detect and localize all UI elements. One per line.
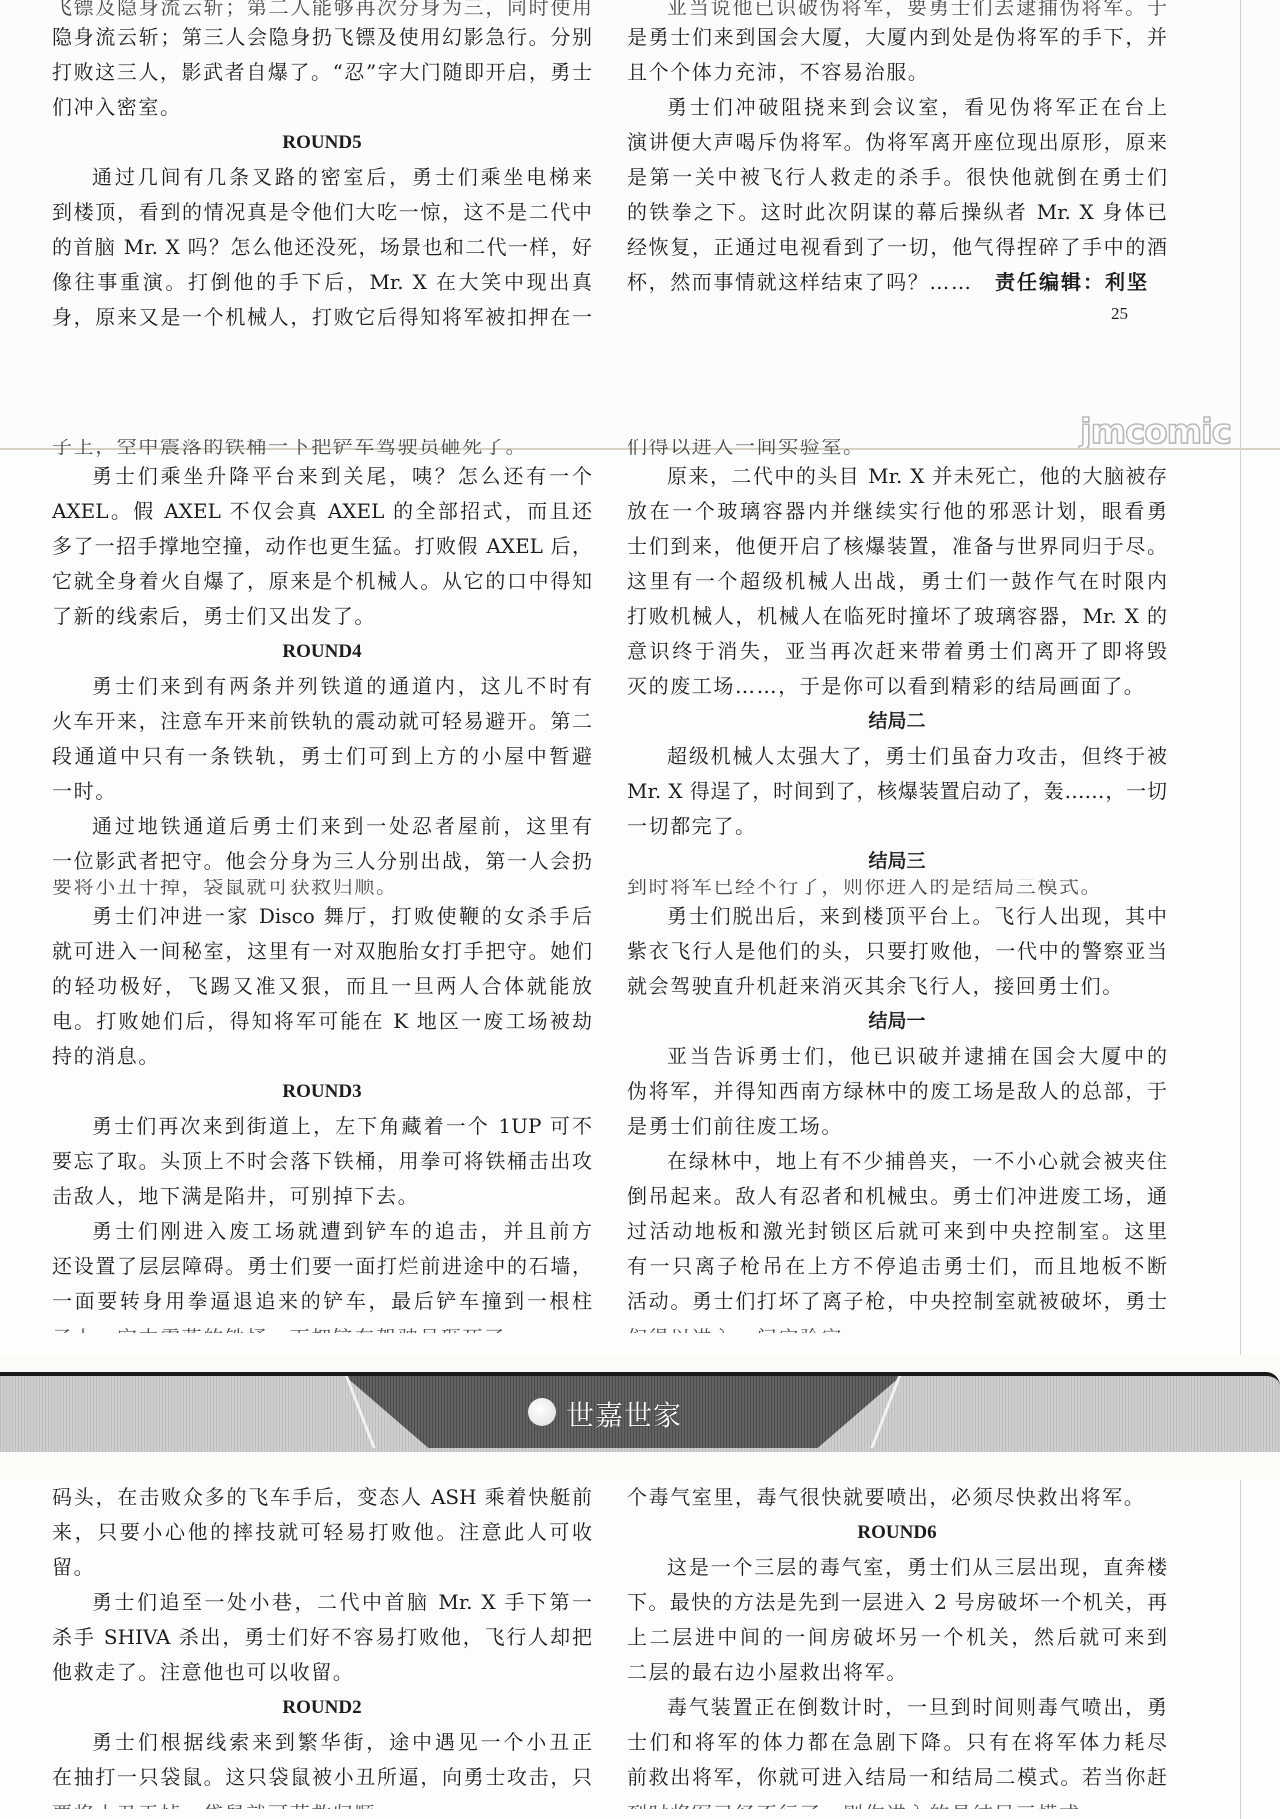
text-line: 一面要转身用拳逼退追来的铲车，最后铲车撞到一根柱 [52,1284,592,1319]
paragraph-last-line: 二层的最右边小屋救出将军。 [627,1655,1167,1690]
text-line: 是勇士们来到国会大厦，大厦内到处是伪将军的手下，并 [627,20,1167,55]
paragraph-last-line: 们得以进入一间实验室。 [627,439,1167,459]
paragraph-last-line: 要将小丑干掉，袋鼠就可获救归顺。 [52,1795,592,1809]
paragraph-last-line: 们冲入密室。 [52,90,592,125]
page-edge-line [1240,450,1241,1355]
paragraph-last-line: 到时将军已经不行了，则你进入的是结局三模式。 [627,1795,1167,1809]
page-number: 25 [1111,304,1128,324]
text-line: 飞镖及隐身流云斩；第二人能够再次分身为三，同时使用 [52,0,592,20]
text-line: 前救出将军，你就可进入结局一和结局二模式。若当你赶 [627,1760,1167,1795]
paragraph-first-line: 这是一个三层的毒气室，勇士们从三层出现，直奔楼 [627,1550,1167,1585]
text-line: 打败这三人，影武者自爆了。“忍”字大门随即开启，勇士 [52,55,592,90]
text-line: 演讲便大声喝斥伪将军。伪将军离开座位现出原形，原来 [627,125,1167,160]
paragraph-first-line: 勇士们冲进一家 Disco 舞厅，打败使鞭的女杀手后 [52,899,592,934]
paragraph-first-line: 在绿林中，地上有不少捕兽夹，一不小心就会被夹住 [627,1144,1167,1179]
text-line: 倒吊起来。敌人有忍者和机械虫。勇士们冲进废工场，通 [627,1179,1167,1214]
circle-emblem-icon [528,1398,556,1426]
paragraph-last-line: 子上，空中震落的铁桶一下把铲车驾驶员砸死了。 [52,1319,592,1333]
text-line: 放在一个玻璃容器内并继续实行他的邪恶计划，眼看勇 [627,494,1167,529]
text-line: 火车开来，注意车开来前铁轨的震动就可轻易避开。第二 [52,704,592,739]
paragraph-first-line: 通过几间有几条叉路的密室后，勇士们乘坐电梯来 [52,160,592,195]
paragraph-first-line: 毒气装置正在倒数计时，一旦到时间则毒气喷出，勇 [627,1690,1167,1725]
text-line: 电。打败她们后，得知将军可能在 K 地区一废工场被劫 [52,1004,592,1039]
page-middle-left-column: 子上，空中震落的铁桶一下把铲车驾驶员砸死了。勇士们乘坐升降平台来到关尾，咦？怎么… [52,439,592,1333]
text-line: 上二层进中间的一间房破坏另一个机关，然后就可来到 [627,1620,1167,1655]
paragraph-last-line: 个毒气室里，毒气很快就要喷出，必须尽快救出将军。 [627,1480,1167,1515]
paragraph-last-line: 是勇士们前往废工场。 [627,1109,1167,1144]
page-middle-right-column: 们得以进入一间实验室。原来，二代中的头目 Mr. X 并未死亡，他的大脑被存放在… [627,439,1167,1333]
paragraph-last-line: 一切都完了。 [627,809,1167,844]
text-line: 多了一招手撑地空撞，动作也更生猛。打败假 AXEL 后， [52,529,592,564]
page-edge-line [1240,0,1241,450]
text-line: 来，只要小心他的摔技就可轻易打败他。注意此人可收 [52,1515,592,1550]
banner-title: 世嘉世家 [566,1394,682,1434]
paragraph-last-line: 且个个体力充沛，不容易治服。 [627,55,1167,90]
text-line: 要忘了取。头顶上不时会落下铁桶，用拳可将铁桶击出攻 [52,1144,592,1179]
text-line: 这里有一个超级机械人出战，勇士们一鼓作气在时限内 [627,564,1167,599]
text-line: 过活动地板和激光封锁区后就可来到中央控制室。这里 [627,1214,1167,1249]
paragraph-last-line: 击敌人，地下满是陷井，可别掉下去。 [52,1179,592,1214]
paragraph-first-line: 勇士们乘坐升降平台来到关尾，咦？怎么还有一个 [52,459,592,494]
page-top-left-column: 飞镖及隐身流云斩；第二人能够再次分身为三，同时使用隐身流云斩；第三人会隐身扔飞镖… [52,0,592,335]
paragraph-first-line: 超级机械人太强大了，勇士们虽奋力攻击，但终于被 [627,739,1167,774]
text-line: 段通道中只有一条铁轨，勇士们可到上方的小屋中暂避 [52,739,592,774]
text-line: 活动。勇士们打坏了离子枪，中央控制室就被破坏，勇士 [627,1284,1167,1319]
paragraph-last-line: 子上，空中震落的铁桶一下把铲车驾驶员砸死了。 [52,439,592,459]
section-heading: 结局一 [627,1004,1167,1039]
paragraph-first-line: 亚当告诉勇士们，他已识破并逮捕在国会大厦中的 [627,1039,1167,1074]
paragraph-last-line: 他救走了。注意他也可以收留。 [52,1655,592,1690]
paragraph-last-line: 持的消息。 [52,1039,592,1074]
text-line: 打败机械人，机械人在临死时撞坏了玻璃容器，Mr. X 的 [627,599,1167,634]
text-line: 就可进入一间秘室，这里有一对双胞胎女打手把守。她们 [52,934,592,969]
page-bottom-left-column: 码头，在击败众多的飞车手后，变态人 ASH 乘着快艇前来，只要小心他的摔技就可轻… [52,1480,592,1809]
paragraph-first-line: 勇士们刚进入废工场就遭到铲车的追击，并且前方 [52,1214,592,1249]
paragraph-first-line: 勇士们脱出后，来到楼顶平台上。飞行人出现，其中 [627,899,1167,934]
section-heading: ROUND2 [52,1690,592,1725]
section-heading: ROUND5 [52,125,592,160]
text-line: 紫衣飞行人是他们的头，只要打败他，一代中的警察亚当 [627,934,1167,969]
page-top-section: 飞镖及隐身流云斩；第二人能够再次分身为三，同时使用隐身流云斩；第三人会隐身扔飞镖… [0,0,1280,450]
text-line: 下。最快的方法是先到一层进入 2 号房破坏一个机关，再 [627,1585,1167,1620]
text-line: 身，原来又是一个机械人，打败它后得知将军被扣押在一 [52,300,592,335]
paragraph-first-line: 通过地铁通道后勇士们来到一处忍者屋前，这里有 [52,809,592,844]
section-heading: ROUND6 [627,1515,1167,1550]
text-line: 有一只离子枪吊在上方不停追击勇士们，而且地板不断 [627,1249,1167,1284]
paragraph-first-line: 亚当说他已识破伪将军，要勇士们去逮捕伪将军。于 [627,0,1167,20]
text-line: 伪将军，并得知西南方绿林中的废工场是敌人的总部，于 [627,1074,1167,1109]
section-heading: 结局三 [627,844,1167,879]
paragraph-last-line: 了新的线索后，勇士们又出发了。 [52,599,592,634]
paragraph-first-line: 勇士们再次来到街道上，左下角藏着一个 1UP 可不 [52,1109,592,1144]
text-line: 像往事重演。打倒他的手下后，Mr. X 在大笑中现出真 [52,265,592,300]
text-line: Mr. X 得逞了，时间到了，核爆装置启动了，轰……，一切 [627,774,1167,809]
text-line: 一位影武者把守。他会分身为三人分别出战，第一人会扔 [52,844,592,879]
paragraph-last-line: 就会驾驶直升机赶来消灭其余飞行人，接回勇士们。 [627,969,1167,1004]
text-line: 还设置了层层障碍。勇士们要一面打烂前进途中的石墙， [52,1249,592,1284]
text-line: 杀手 SHIVA 杀出，勇士们好不容易打败他，飞行人却把 [52,1620,592,1655]
text-line: 士们和将军的体力都在急剧下降。只有在将军体力耗尽 [627,1725,1167,1760]
text-line: 的首脑 Mr. X 吗？怎么他还没死，场景也和二代一样，好 [52,230,592,265]
paragraph-last-line: 灭的废工场……，于是你可以看到精彩的结局画面了。 [627,669,1167,704]
text-line: 在抽打一只袋鼠。这只袋鼠被小丑所逼，向勇士攻击，只 [52,1760,592,1795]
paragraph-first-line: 原来，二代中的头目 Mr. X 并未死亡，他的大脑被存 [627,459,1167,494]
text-line: AXEL。假 AXEL 不仅会真 AXEL 的全部招式，而且还 [52,494,592,529]
text-line: 是第一关中被飞行人救走的杀手。很快他就倒在勇士们 [627,160,1167,195]
text-line: 的铁拳之下。这时此次阴谋的幕后操纵者 Mr. X 身体已 [627,195,1167,230]
paragraph-last-line: 留。 [52,1550,592,1585]
page-edge-line [1240,1480,1241,1819]
paragraph-last-line: 们得以进入一间实验室。 [627,1319,1167,1333]
text-line: 意识终于消失，亚当再次赶来带着勇士们离开了即将毁 [627,634,1167,669]
paragraph-first-line: 勇士们追至一处小巷，二代中首脑 Mr. X 手下第一 [52,1585,592,1620]
section-heading: ROUND3 [52,1074,592,1109]
text-line: 它就全身着火自爆了，原来是个机械人。从它的口中得知 [52,564,592,599]
section-banner: 世嘉世家 [0,1362,1280,1448]
section-heading: 结局二 [627,704,1167,739]
page-bottom-right-column: 个毒气室里，毒气很快就要喷出，必须尽快救出将军。ROUND6这是一个三层的毒气室… [627,1480,1167,1809]
paragraph-first-line: 勇士们根据线索来到繁华街，途中遇见一个小丑正 [52,1725,592,1760]
paragraph-last-line: 要将小丑干掉，袋鼠就可获救归顺。 [52,879,592,899]
text-line: 经恢复，正通过电视看到了一切，他气得捏碎了手中的酒 [627,230,1167,265]
text-line: 士们到来，他便开启了核爆装置，准备与世界同归于尽。 [627,529,1167,564]
paragraph-first-line: 勇士们来到有两条并列铁道的通道内，这儿不时有 [52,669,592,704]
section-heading: ROUND4 [52,634,592,669]
paragraph-first-line: 勇士们冲破阻挠来到会议室，看见伪将军正在台上 [627,90,1167,125]
page-top-right-column: 亚当说他已识破伪将军，要勇士们去逮捕伪将军。于是勇士们来到国会大厦，大厦内到处是… [627,0,1167,300]
paragraph-last-line: 一时。 [52,774,592,809]
paragraph-last-line: 到时将军已经不行了，则你进入的是结局三模式。 [627,879,1167,899]
page-bottom-section: 码头，在击败众多的飞车手后，变态人 ASH 乘着快艇前来，只要小心他的摔技就可轻… [0,1480,1280,1819]
text-line: 到楼顶，看到的情况真是令他们大吃一惊，这不是二代中 [52,195,592,230]
text-line: 码头，在击败众多的飞车手后，变态人 ASH 乘着快艇前 [52,1480,592,1515]
text-line: 隐身流云斩；第三人会隐身扔飞镖及使用幻影急行。分别 [52,20,592,55]
page-middle-section: 子上，空中震落的铁桶一下把铲车驾驶员砸死了。勇士们乘坐升降平台来到关尾，咦？怎么… [0,450,1280,1355]
text-line: 的轻功极好，飞踢又准又狠，而且一旦两人合体就能放 [52,969,592,1004]
editor-credit: 责任编辑：利坚 [995,266,1149,295]
